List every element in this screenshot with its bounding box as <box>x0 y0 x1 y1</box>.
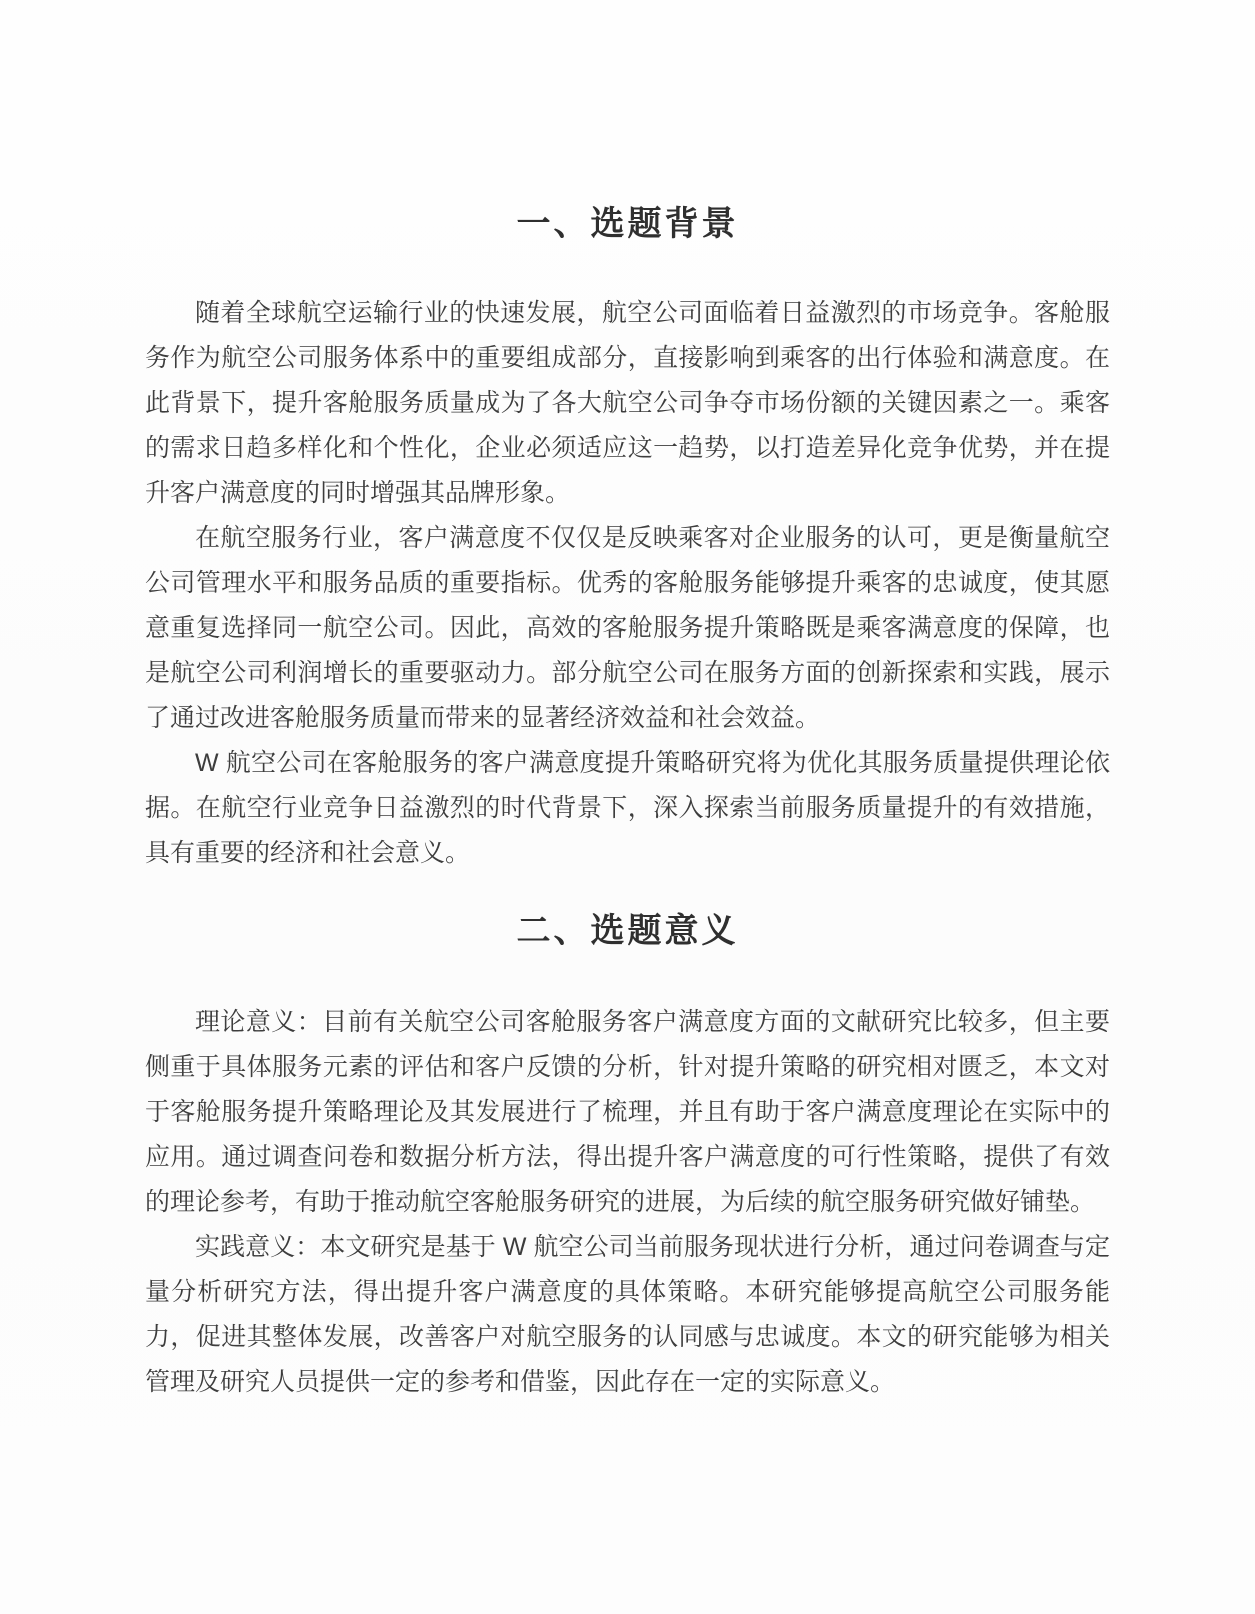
document-page: 一、选题背景 随着全球航空运输行业的快速发展，航空公司面临着日益激烈的市场竞争。… <box>0 0 1255 1614</box>
paragraph-significance-theoretical: 理论意义：目前有关航空公司客舱服务客户满意度方面的文献研究比较多，但主要侧重于具… <box>145 1000 1110 1225</box>
paragraph-background-2: 在航空服务行业，客户满意度不仅仅是反映乘客对企业服务的认可，更是衡量航空公司管理… <box>145 516 1110 741</box>
section-heading-significance: 二、选题意义 <box>145 912 1110 950</box>
paragraph-background-3: W 航空公司在客舱服务的客户满意度提升策略研究将为优化其服务质量提供理论依据。在… <box>145 741 1110 876</box>
section-heading-background: 一、选题背景 <box>145 205 1110 243</box>
paragraph-background-1: 随着全球航空运输行业的快速发展，航空公司面临着日益激烈的市场竞争。客舱服务作为航… <box>145 291 1110 516</box>
paragraph-significance-practical: 实践意义：本文研究是基于 W 航空公司当前服务现状进行分析，通过问卷调查与定量分… <box>145 1225 1110 1405</box>
